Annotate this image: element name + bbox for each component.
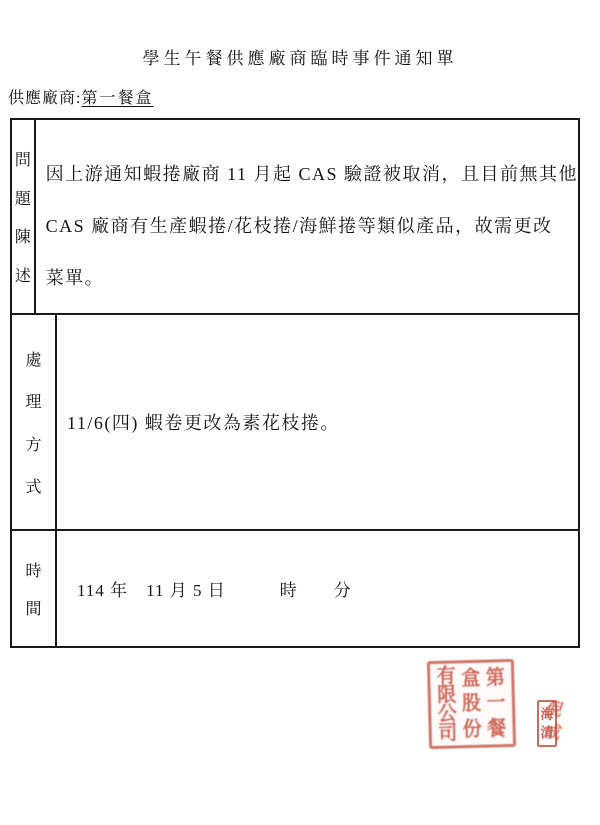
problem-description: 因上游通知蝦捲廠商 11 月起 CAS 驗證被取消，且目前無其他 CAS 廠商有…	[36, 120, 578, 313]
seal-char: 海	[540, 707, 553, 721]
seal-char: 一	[486, 693, 506, 713]
signature-char: 倪	[544, 700, 562, 718]
header-char: 理	[25, 389, 41, 412]
seal-char: 公	[437, 704, 457, 724]
row-header-time: 時 間	[12, 531, 57, 646]
content-line: 114 年 11 月 5 日 時 分	[77, 576, 352, 601]
seal-char: 餐	[487, 718, 507, 738]
content-line: 11/6(四) 蝦卷更改為素花枝捲。	[67, 409, 340, 435]
name-seal-stamp: 海 清	[537, 700, 557, 747]
seal-char: 有	[436, 666, 456, 686]
header-char: 陳	[15, 224, 31, 247]
table-row-problem: 問 題 陳 述 因上游通知蝦捲廠商 11 月起 CAS 驗證被取消，且目前無其他…	[12, 120, 578, 315]
seal-char: 第	[486, 668, 506, 688]
row-header-problem: 問 題 陳 述	[12, 120, 36, 313]
header-char: 述	[15, 263, 31, 286]
header-char: 式	[25, 474, 41, 497]
seal-column: 有 限 公 司	[437, 666, 458, 742]
seal-column: 第 一 餐	[485, 665, 506, 741]
content-line: 菜單。	[46, 252, 578, 304]
time-value: 114 年 11 月 5 日 時 分	[57, 531, 578, 646]
content-line: CAS 廠商有生產蝦捲/花枝捲/海鮮捲等類似產品，故需更改	[46, 200, 578, 252]
company-seal-stamp: 有 限 公 司 盒 股 份 第 一 餐	[427, 659, 516, 749]
signature-stamp: 倪 成	[538, 694, 566, 748]
seal-char: 清	[540, 726, 553, 740]
page-title: 學生午餐供應廠商臨時事件通知單	[0, 44, 600, 69]
signature-char: 成	[542, 723, 560, 741]
row-header-handling: 處 理 方 式	[12, 315, 57, 529]
supplier-value: 第一餐盒	[81, 90, 153, 107]
header-char: 問	[15, 147, 31, 170]
notice-table: 問 題 陳 述 因上游通知蝦捲廠商 11 月起 CAS 驗證被取消，且目前無其他…	[10, 118, 580, 648]
seal-char: 盒	[461, 668, 481, 688]
seal-char: 限	[437, 685, 457, 705]
header-char: 題	[15, 186, 31, 209]
seal-column: 盒 股 份	[461, 666, 482, 742]
seal-char: 份	[462, 719, 482, 739]
header-char: 間	[25, 596, 41, 619]
header-char: 處	[25, 347, 41, 370]
supplier-label: 供應廠商:	[8, 90, 81, 107]
seal-char: 司	[438, 723, 458, 743]
table-row-handling: 處 理 方 式 11/6(四) 蝦卷更改為素花枝捲。	[12, 315, 578, 531]
table-row-time: 時 間 114 年 11 月 5 日 時 分	[12, 531, 578, 646]
supplier-line: 供應廠商:第一餐盒	[8, 85, 153, 108]
seal-char: 股	[462, 694, 482, 714]
header-char: 方	[25, 432, 41, 455]
content-line: 因上游通知蝦捲廠商 11 月起 CAS 驗證被取消，且目前無其他	[46, 148, 578, 200]
header-char: 時	[25, 558, 41, 581]
handling-method: 11/6(四) 蝦卷更改為素花枝捲。	[57, 315, 578, 529]
